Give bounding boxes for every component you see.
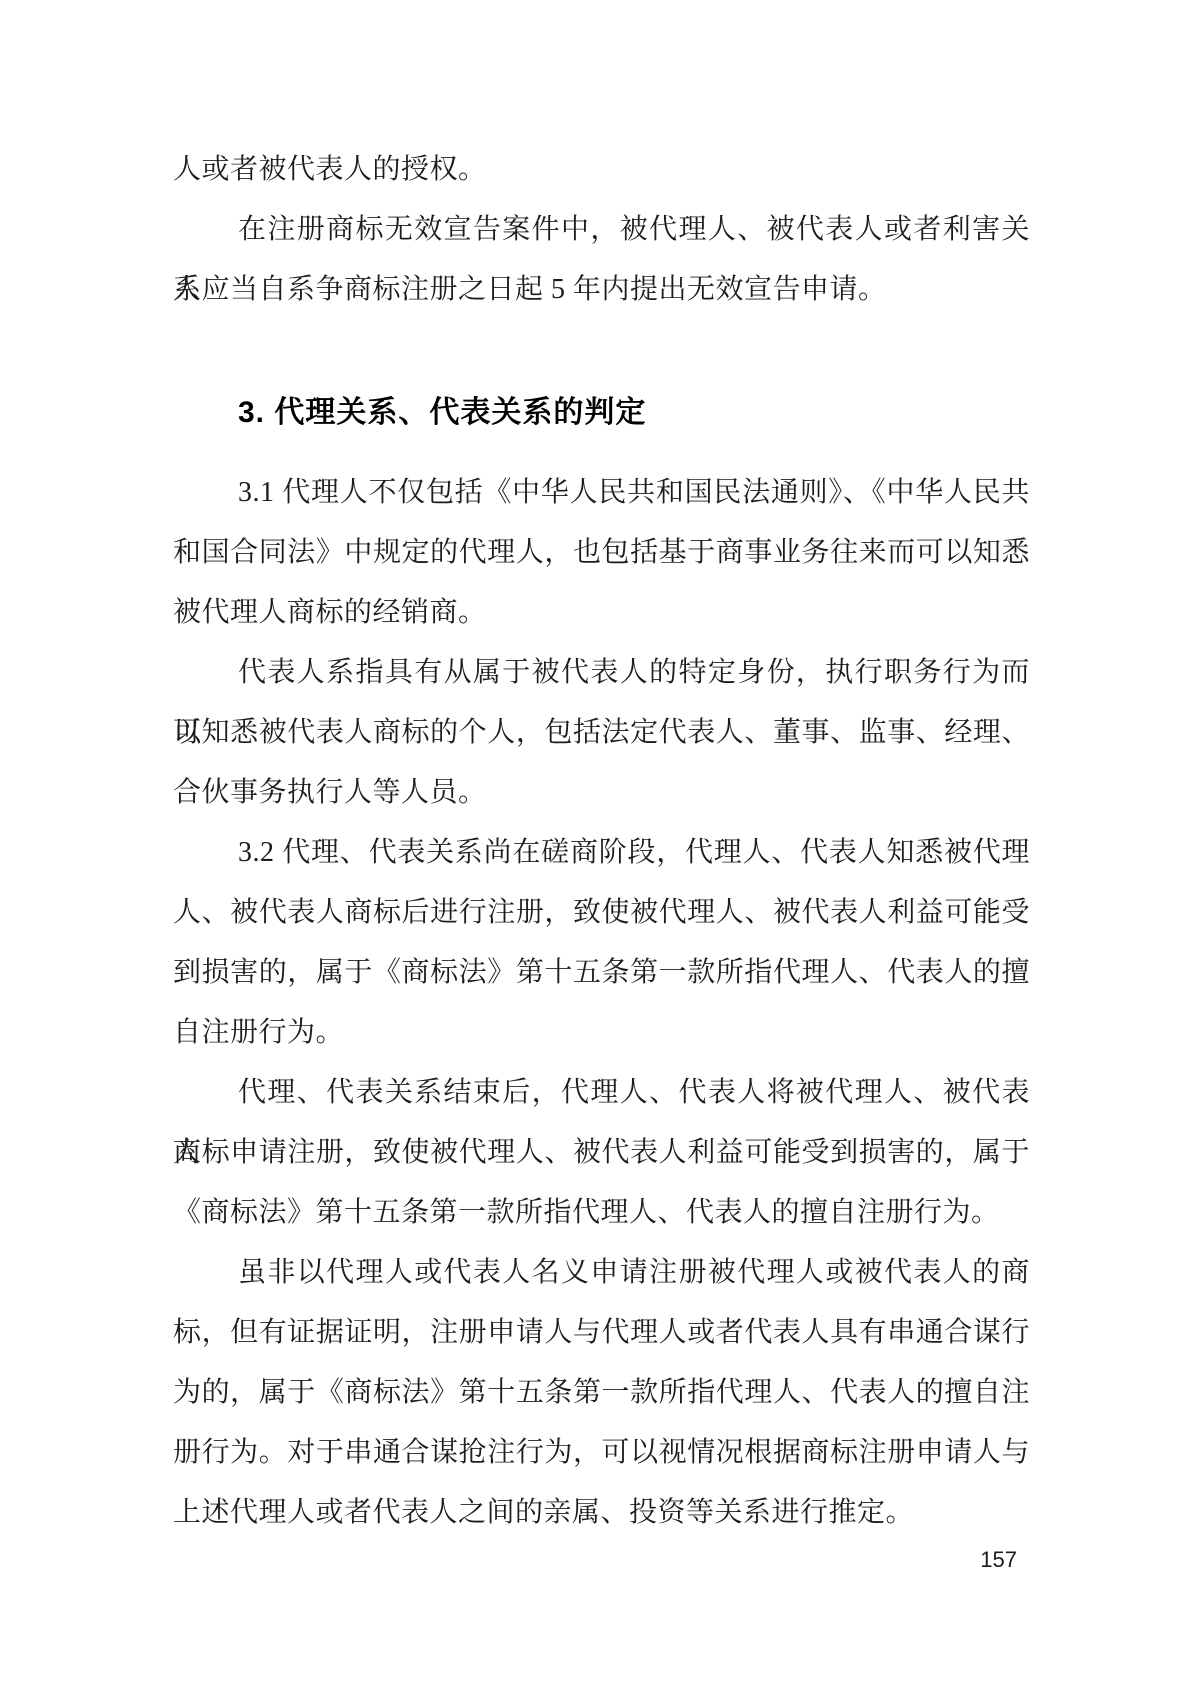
body-line: 上述代理人或者代表人之间的亲属、投资等关系进行推定。 — [173, 1483, 1030, 1543]
body-line: 商标申请注册，致使被代理人、被代表人利益可能受到损害的，属于 — [173, 1123, 1030, 1183]
body-line: 以知悉被代表人商标的个人，包括法定代表人、董事、监事、经理、 — [173, 703, 1030, 763]
body-line: 代表人系指具有从属于被代表人的特定身份，执行职务行为而可 — [173, 643, 1030, 703]
body-line: 在注册商标无效宣告案件中，被代理人、被代表人或者利害关系 — [173, 200, 1030, 260]
body-line: 被代理人商标的经销商。 — [173, 583, 1030, 643]
body-line: 人应当自系争商标注册之日起 5 年内提出无效宣告申请。 — [173, 260, 1030, 320]
body-line: 册行为。对于串通合谋抢注行为，可以视情况根据商标注册申请人与 — [173, 1423, 1030, 1483]
body-line: 合伙事务执行人等人员。 — [173, 763, 1030, 823]
page-number: 157 — [980, 1546, 1017, 1574]
body-line: 为的，属于《商标法》第十五条第一款所指代理人、代表人的擅自注 — [173, 1363, 1030, 1423]
body-line: 3.2 代理、代表关系尚在磋商阶段，代理人、代表人知悉被代理 — [173, 823, 1030, 883]
body-line: 代理、代表关系结束后，代理人、代表人将被代理人、被代表人 — [173, 1063, 1030, 1123]
body-line: 自注册行为。 — [173, 1003, 1030, 1063]
body-line: 虽非以代理人或代表人名义申请注册被代理人或被代表人的商 — [173, 1243, 1030, 1303]
document-page: 人或者被代表人的授权。在注册商标无效宣告案件中，被代理人、被代表人或者利害关系人… — [0, 0, 1199, 1696]
body-line: 和国合同法》中规定的代理人，也包括基于商事业务往来而可以知悉 — [173, 523, 1030, 583]
text-block: 人或者被代表人的授权。在注册商标无效宣告案件中，被代理人、被代表人或者利害关系人… — [173, 140, 1030, 1543]
section-heading: 3. 代理关系、代表关系的判定 — [173, 383, 1030, 443]
body-line: 3.1 代理人不仅包括《中华人民共和国民法通则》、《中华人民共 — [173, 463, 1030, 523]
body-line: 人、被代表人商标后进行注册，致使被代理人、被代表人利益可能受 — [173, 883, 1030, 943]
body-line: 人或者被代表人的授权。 — [173, 140, 1030, 200]
body-line: 《商标法》第十五条第一款所指代理人、代表人的擅自注册行为。 — [173, 1183, 1030, 1243]
body-line: 到损害的，属于《商标法》第十五条第一款所指代理人、代表人的擅 — [173, 943, 1030, 1003]
body-line: 标，但有证据证明，注册申请人与代理人或者代表人具有串通合谋行 — [173, 1303, 1030, 1363]
